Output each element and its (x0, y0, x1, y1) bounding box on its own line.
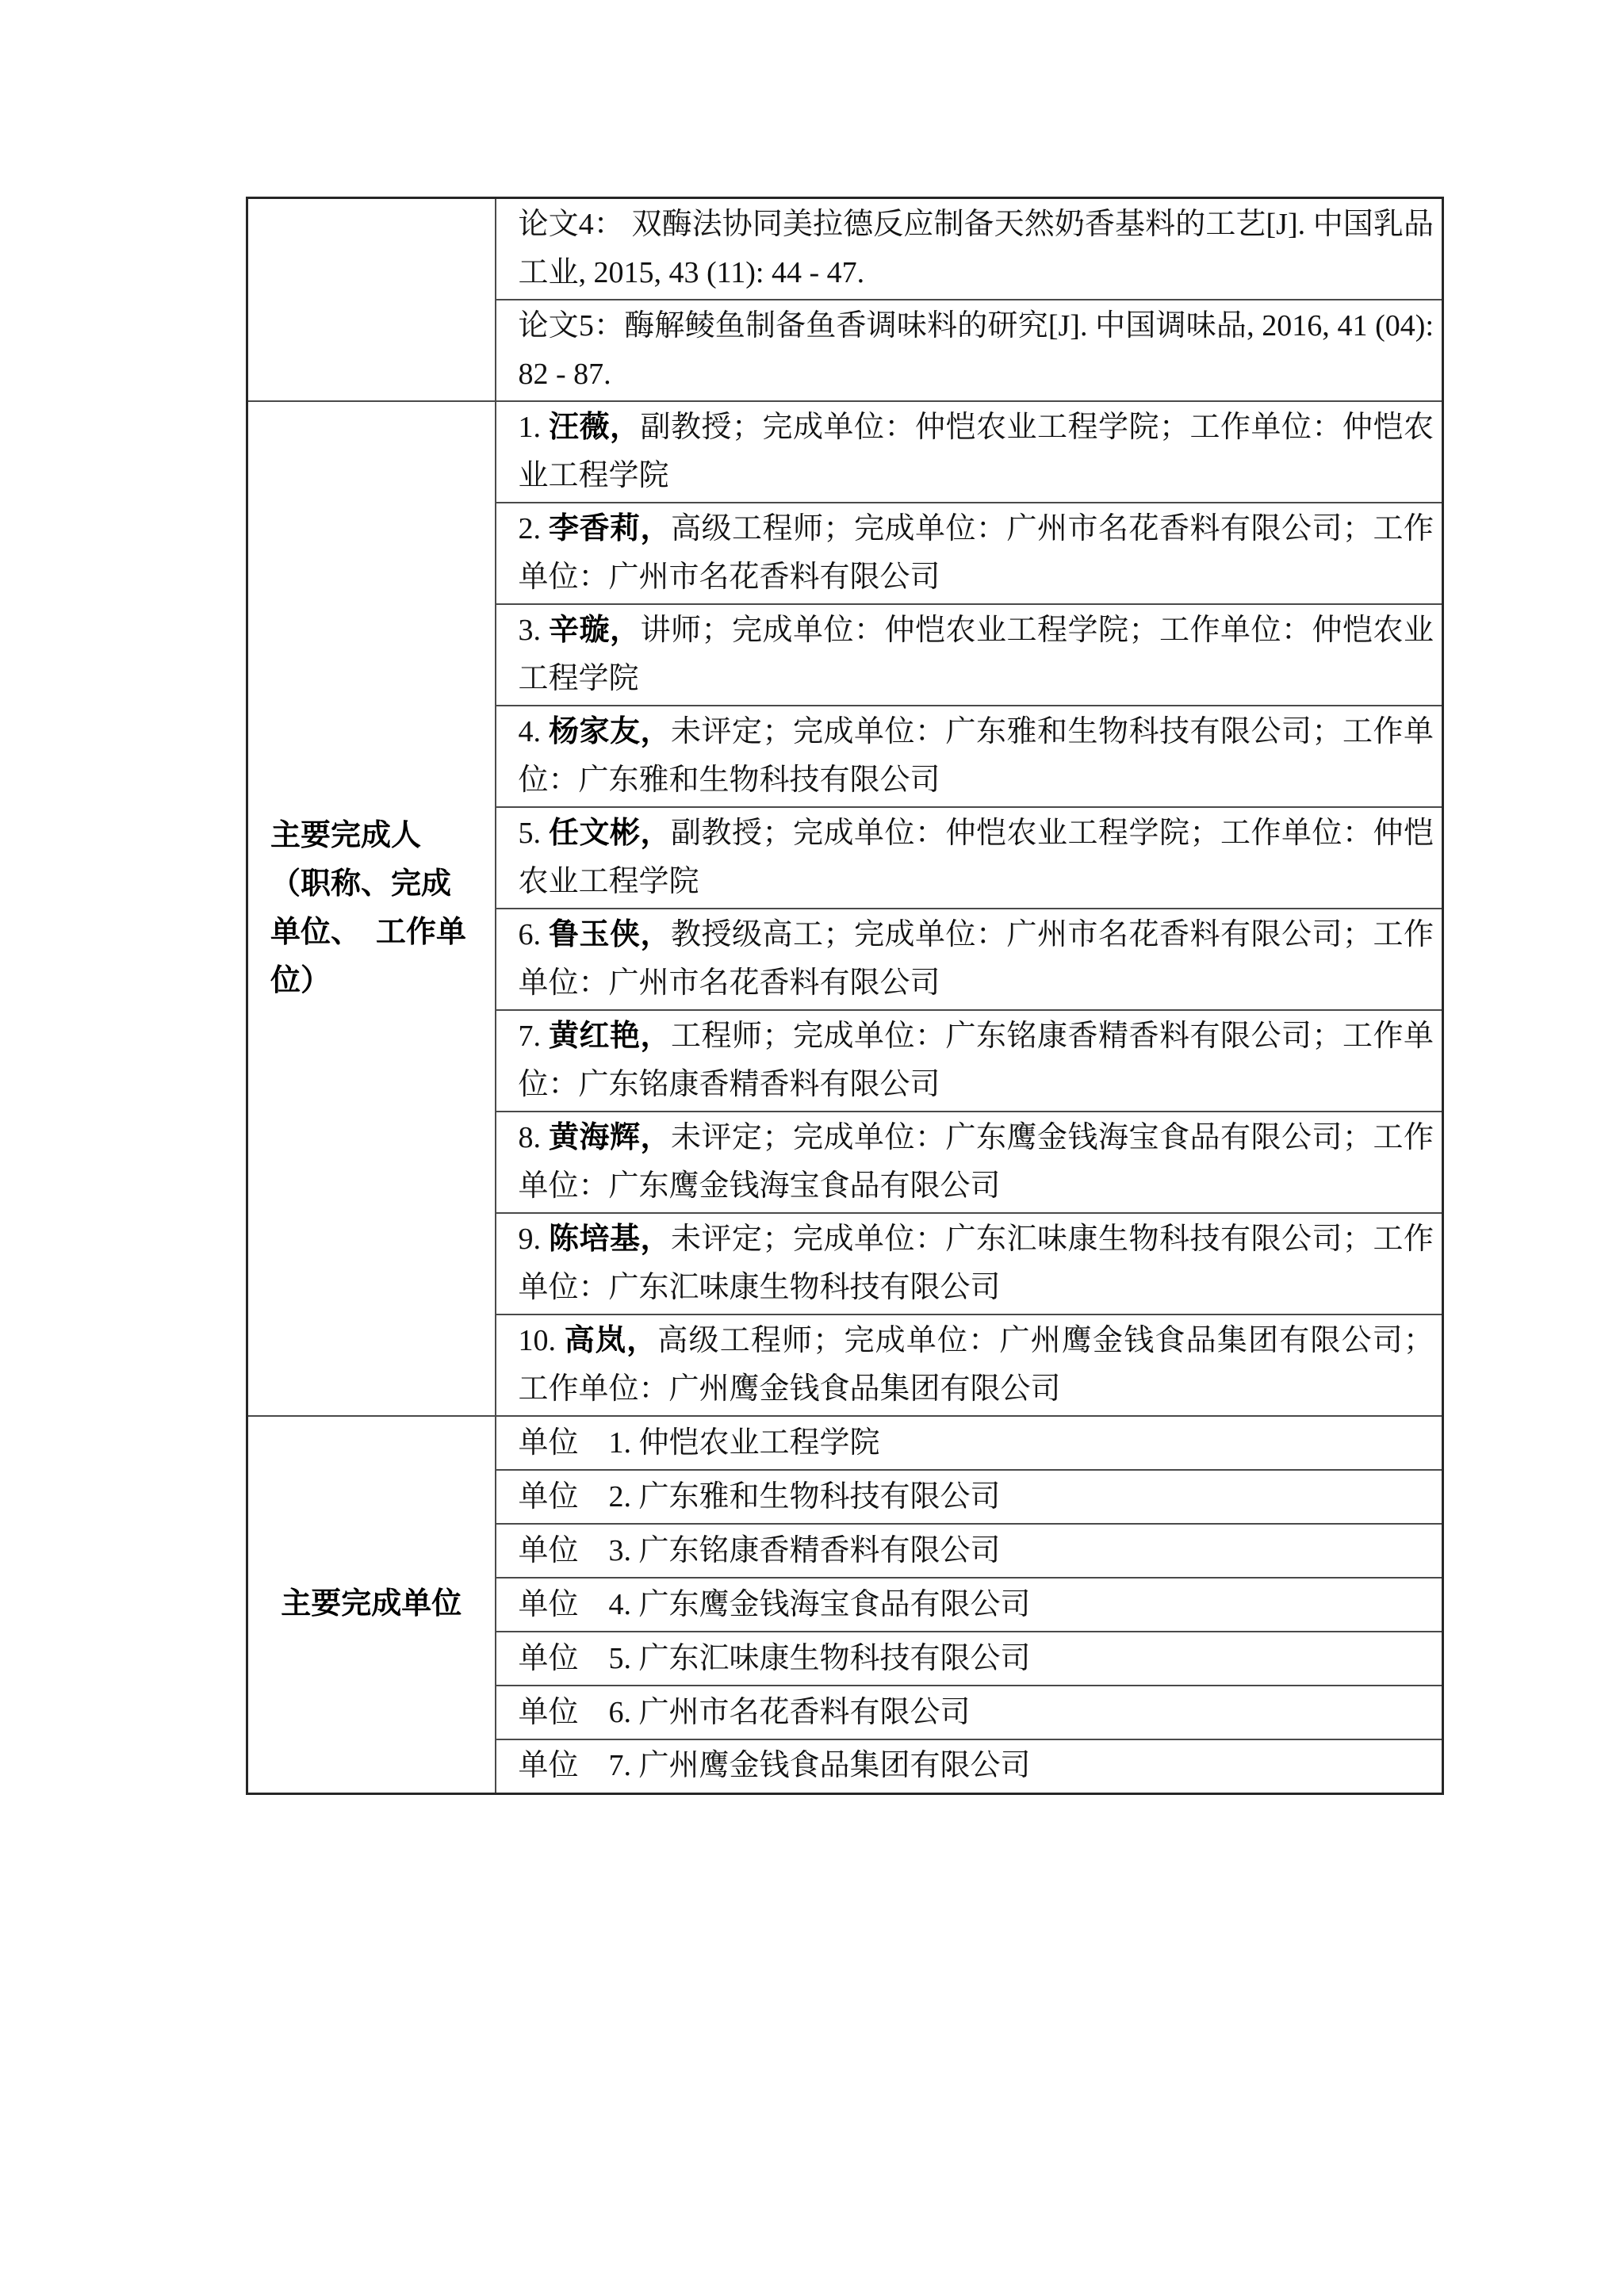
person-number: 5. (519, 817, 550, 850)
person-row-8: 8. 黄海辉，未评定；完成单位：广东鹰金钱海宝食品有限公司；工作单位：广东鹰金钱… (496, 1112, 1443, 1213)
table-row: 主要完成单位 单位 1. 仲恺农业工程学院 (247, 1416, 1443, 1470)
person-row-1: 1. 汪薇，副教授；完成单位：仲恺农业工程学院；工作单位：仲恺农业工程学院 (496, 401, 1443, 503)
person-name: 陈培基， (549, 1223, 671, 1256)
paper-text: 论文5：酶解鲮鱼制备鱼香调味料的研究[J]. 中国调味品, 2016, 41 (… (519, 309, 1434, 391)
document-page: { "page": { "background": "#ffffff", "bo… (0, 0, 1624, 2296)
person-name: 李香莉， (549, 512, 671, 545)
table-row: 论文4： 双酶法协同美拉德反应制备天然奶香基料的工艺[J]. 中国乳品工业, 2… (247, 198, 1443, 300)
person-name: 杨家友， (549, 715, 671, 748)
unit-row-1: 单位 1. 仲恺农业工程学院 (496, 1416, 1443, 1470)
unit-text: 单位 5. 广东汇味康生物科技有限公司 (519, 1642, 1031, 1675)
person-row-9: 9. 陈培基，未评定；完成单位：广东汇味康生物科技有限公司；工作单位：广东汇味康… (496, 1213, 1443, 1314)
unit-row-6: 单位 6. 广州市名花香料有限公司 (496, 1686, 1443, 1739)
papers-empty-label-cell (247, 198, 496, 402)
person-name: 鲁玉侠， (549, 918, 671, 951)
person-row-5: 5. 任文彬，副教授；完成单位：仲恺农业工程学院；工作单位：仲恺农业工程学院 (496, 807, 1443, 909)
person-name: 高岚， (565, 1324, 658, 1357)
unit-text: 单位 6. 广州市名花香料有限公司 (519, 1696, 971, 1729)
unit-row-3: 单位 3. 广东铭康香精香料有限公司 (496, 1524, 1443, 1578)
paper-row-5: 论文5：酶解鲮鱼制备鱼香调味料的研究[J]. 中国调味品, 2016, 41 (… (496, 300, 1443, 401)
person-details: 讲师；完成单位：仲恺农业工程学院；工作单位：仲恺农业工程学院 (519, 614, 1434, 695)
person-number: 7. (519, 1020, 550, 1053)
person-number: 1. (519, 411, 550, 444)
person-row-3: 3. 辛璇，讲师；完成单位：仲恺农业工程学院；工作单位：仲恺农业工程学院 (496, 604, 1443, 706)
person-number: 9. (519, 1223, 550, 1256)
person-name: 黄红艳， (549, 1020, 671, 1053)
unit-row-2: 单位 2. 广东雅和生物科技有限公司 (496, 1470, 1443, 1524)
person-row-4: 4. 杨家友，未评定；完成单位：广东雅和生物科技有限公司；工作单位：广东雅和生物… (496, 706, 1443, 807)
person-number: 8. (519, 1121, 550, 1154)
person-name: 任文彬， (549, 817, 671, 850)
unit-row-4: 单位 4. 广东鹰金钱海宝食品有限公司 (496, 1578, 1443, 1632)
person-details: 副教授；完成单位：仲恺农业工程学院；工作单位：仲恺农业工程学院 (519, 411, 1434, 492)
person-number: 2. (519, 512, 550, 545)
person-row-2: 2. 李香莉，高级工程师；完成单位：广州市名花香料有限公司；工作单位：广州市名花… (496, 503, 1443, 604)
person-number: 10. (519, 1324, 565, 1357)
units-header-cell: 主要完成单位 (247, 1416, 496, 1793)
unit-text: 单位 3. 广东铭康香精香料有限公司 (519, 1534, 1001, 1567)
person-name: 黄海辉， (549, 1121, 671, 1154)
persons-header-cell: 主要完成人 （职称、完成 单位、 工作单 位） (247, 401, 496, 1416)
person-name: 辛璇， (549, 614, 641, 647)
unit-row-7: 单位 7. 广州鹰金钱食品集团有限公司 (496, 1739, 1443, 1793)
paper-text: 论文4： 双酶法协同美拉德反应制备天然奶香基料的工艺[J]. 中国乳品工业, 2… (519, 208, 1434, 289)
person-row-7: 7. 黄红艳，工程师；完成单位：广东铭康香精香料有限公司；工作单位：广东铭康香精… (496, 1010, 1443, 1112)
person-row-10: 10. 高岚，高级工程师；完成单位：广州鹰金钱食品集团有限公司；工作单位：广州鹰… (496, 1314, 1443, 1416)
unit-text: 单位 1. 仲恺农业工程学院 (519, 1426, 880, 1460)
unit-row-5: 单位 5. 广东汇味康生物科技有限公司 (496, 1632, 1443, 1686)
person-number: 6. (519, 918, 550, 951)
person-row-6: 6. 鲁玉侠，教授级高工；完成单位：广州市名花香料有限公司；工作单位：广州市名花… (496, 909, 1443, 1010)
unit-text: 单位 7. 广州鹰金钱食品集团有限公司 (519, 1749, 1031, 1782)
person-number: 3. (519, 614, 550, 647)
table-row: 主要完成人 （职称、完成 单位、 工作单 位） 1. 汪薇，副教授；完成单位：仲… (247, 401, 1443, 503)
unit-text: 单位 4. 广东鹰金钱海宝食品有限公司 (519, 1588, 1031, 1621)
completion-table: 论文4： 双酶法协同美拉德反应制备天然奶香基料的工艺[J]. 中国乳品工业, 2… (246, 197, 1444, 1795)
person-name: 汪薇， (549, 411, 641, 444)
unit-text: 单位 2. 广东雅和生物科技有限公司 (519, 1480, 1001, 1513)
paper-row-4: 论文4： 双酶法协同美拉德反应制备天然奶香基料的工艺[J]. 中国乳品工业, 2… (496, 198, 1443, 300)
person-number: 4. (519, 715, 550, 748)
